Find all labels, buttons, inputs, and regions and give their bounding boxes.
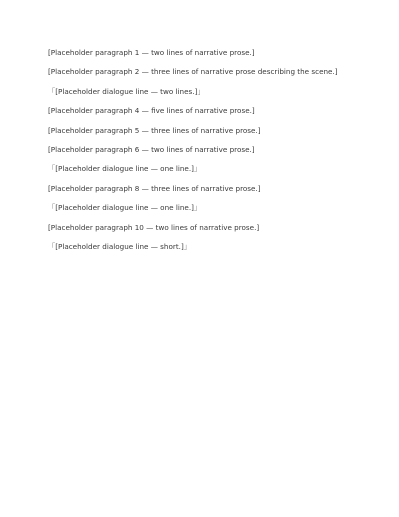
paragraph: [Placeholder paragraph 1 — two lines of … — [48, 48, 353, 58]
paragraph: [Placeholder paragraph 10 — two lines of… — [48, 223, 353, 233]
dialogue-line: 「[Placeholder dialogue line — short.]」 — [48, 242, 353, 252]
dialogue-line: 「[Placeholder dialogue line — one line.]… — [48, 203, 353, 213]
paragraph: [Placeholder paragraph 6 — two lines of … — [48, 145, 353, 155]
dialogue-line: 「[Placeholder dialogue line — two lines.… — [48, 87, 353, 97]
paragraph: [Placeholder paragraph 2 — three lines o… — [48, 67, 353, 77]
paragraph: [Placeholder paragraph 8 — three lines o… — [48, 184, 353, 194]
paragraph: [Placeholder paragraph 4 — five lines of… — [48, 106, 353, 116]
dialogue-line: 「[Placeholder dialogue line — one line.]… — [48, 164, 353, 174]
paragraph: [Placeholder paragraph 5 — three lines o… — [48, 126, 353, 136]
document-page: [Placeholder paragraph 1 — two lines of … — [0, 0, 399, 517]
